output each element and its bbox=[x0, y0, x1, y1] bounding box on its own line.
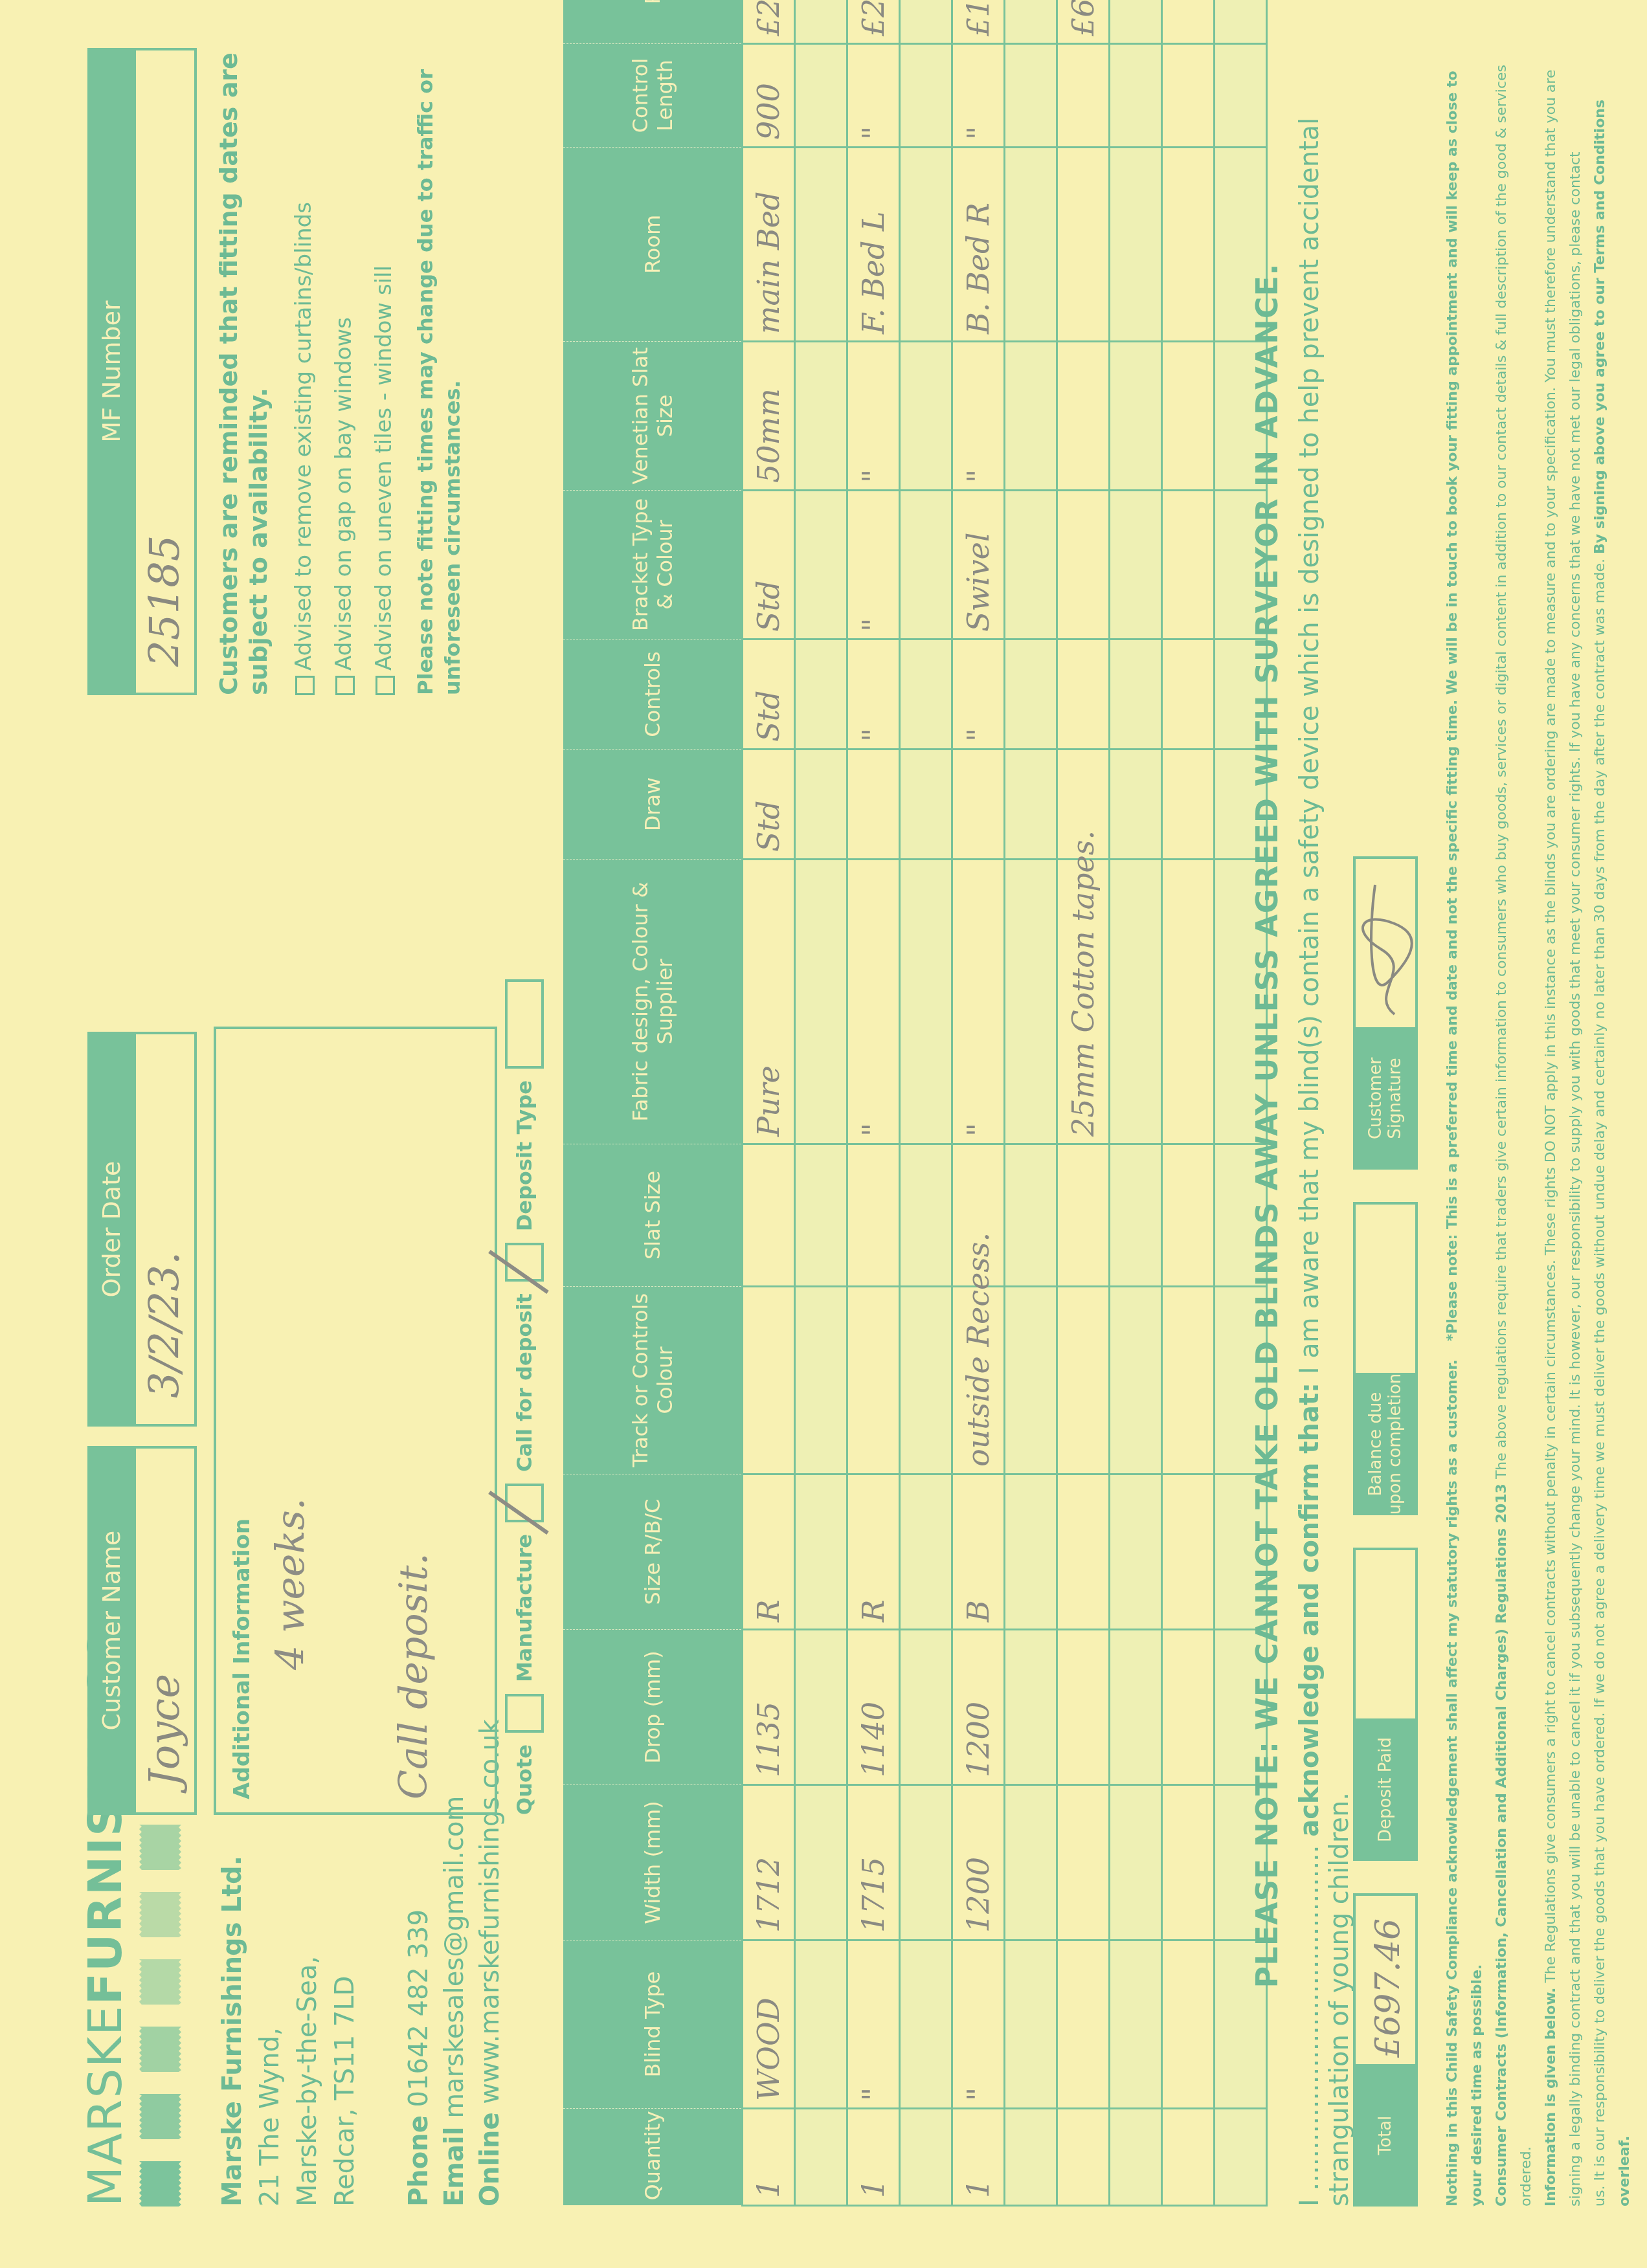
additional-note: Call deposit. bbox=[391, 1553, 436, 1799]
advisory-label: Advised to remove existing curtains/blin… bbox=[291, 202, 317, 671]
table-cell[interactable] bbox=[1162, 1144, 1215, 1287]
table-cell[interactable] bbox=[1005, 491, 1057, 639]
phone-value: 01642 482 339 bbox=[404, 1909, 434, 2107]
balance-field: Balance due upon completion bbox=[1353, 1202, 1418, 1515]
table-cell[interactable] bbox=[900, 342, 952, 491]
customer-name-field: Customer Name Joyce bbox=[87, 1446, 201, 1815]
order-form-sheet: MARSKEFURNISHINGS Marske Furnishings Ltd… bbox=[0, 0, 1647, 2268]
table-cell[interactable] bbox=[1110, 1630, 1162, 1785]
table-cell[interactable]: £174.42 bbox=[952, 0, 1005, 44]
table-cell[interactable]: Pure bbox=[743, 860, 795, 1144]
total-value[interactable]: £697.46 bbox=[1353, 1893, 1418, 2064]
table-cell[interactable] bbox=[1110, 148, 1162, 342]
table-cell[interactable] bbox=[1162, 1630, 1215, 1785]
table-cell[interactable] bbox=[1162, 1940, 1215, 2109]
table-cell[interactable]: B. Bed R bbox=[952, 148, 1005, 342]
address-line: 21 The Wynd, bbox=[251, 1856, 289, 2207]
table-cell[interactable]: £261.51 bbox=[847, 0, 900, 44]
order-date-value[interactable]: 3/2/23. bbox=[136, 1032, 197, 1427]
mf-number-label: MF Number bbox=[87, 48, 136, 695]
balance-label: Balance due upon completion bbox=[1353, 1373, 1418, 1515]
email-value[interactable]: marskesales@gmail.com bbox=[440, 1796, 469, 2118]
fine-print-line: Nothing in this Child Safety Compliance … bbox=[1444, 1359, 1461, 2207]
table-cell[interactable]: " bbox=[847, 44, 900, 148]
fitting-reminder: Customers are reminded that fitting date… bbox=[214, 48, 273, 695]
table-cell[interactable] bbox=[847, 1287, 900, 1474]
table-cell[interactable] bbox=[1005, 0, 1057, 44]
table-cell[interactable] bbox=[1110, 0, 1162, 44]
table-cell[interactable] bbox=[795, 44, 847, 148]
deposit-paid-value[interactable] bbox=[1353, 1548, 1418, 1718]
column-header: Drop (mm) bbox=[563, 1630, 743, 1785]
table-cell[interactable]: Std bbox=[743, 750, 795, 860]
table-cell[interactable] bbox=[1005, 860, 1057, 1144]
table-cell[interactable] bbox=[1162, 639, 1215, 750]
table-cell[interactable] bbox=[900, 860, 952, 1144]
table-cell[interactable]: " bbox=[847, 342, 900, 491]
table-cell[interactable]: 25mm Cotton tapes. bbox=[1057, 860, 1110, 1144]
table-cell[interactable] bbox=[1162, 0, 1215, 44]
table-cell[interactable]: " bbox=[847, 639, 900, 750]
table-cell[interactable] bbox=[795, 860, 847, 1144]
table-cell[interactable] bbox=[795, 1474, 847, 1630]
table-cell[interactable] bbox=[795, 491, 847, 639]
deposit-paid-label: Deposit Paid bbox=[1353, 1718, 1418, 1861]
old-blinds-notice: PLEASE NOTE: WE CANNOT TAKE OLD BLINDS A… bbox=[1249, 45, 1284, 2207]
fitting-notes: Customers are reminded that fitting date… bbox=[214, 48, 466, 695]
table-row bbox=[795, 0, 847, 2206]
table-cell[interactable] bbox=[900, 0, 952, 44]
table-row: 1WOOD17121135RPureStdStdStd50mmmain Bed9… bbox=[743, 0, 795, 2206]
order-date-label: Order Date bbox=[87, 1032, 136, 1427]
table-cell[interactable]: " bbox=[952, 44, 1005, 148]
table-cell[interactable]: " bbox=[847, 491, 900, 639]
table-cell[interactable]: £261.51 bbox=[743, 0, 795, 44]
table-header-row: QuantityBlind TypeWidth (mm)Drop (mm)Siz… bbox=[563, 0, 743, 2206]
table-cell[interactable]: 1140 bbox=[847, 1630, 900, 1785]
total-field: Total £697.46 bbox=[1353, 1893, 1418, 2207]
table-cell[interactable]: Std bbox=[743, 639, 795, 750]
traffic-note: Please note fitting times may change due… bbox=[412, 48, 466, 695]
table-cell[interactable] bbox=[900, 1785, 952, 1940]
table-cell[interactable] bbox=[795, 148, 847, 342]
table-cell[interactable] bbox=[1057, 1630, 1110, 1785]
safety-acknowledgement: I ......................................… bbox=[1295, 0, 1354, 2207]
table-cell[interactable] bbox=[1110, 1785, 1162, 1940]
table-row bbox=[1110, 0, 1162, 2206]
table-cell[interactable] bbox=[795, 342, 847, 491]
table-cell[interactable] bbox=[795, 1940, 847, 2109]
table-cell[interactable] bbox=[1057, 44, 1110, 148]
column-header: Blind Type bbox=[563, 1940, 743, 2109]
table-cell[interactable]: F. Bed L bbox=[847, 148, 900, 342]
column-header: Bracket Type & Colour bbox=[563, 491, 743, 639]
table-cell[interactable] bbox=[1005, 1287, 1057, 1474]
checkbox-icon[interactable] bbox=[335, 676, 355, 695]
additional-information-box[interactable]: Additional Information 4 weeks. Call dep… bbox=[214, 1027, 497, 1815]
table-cell[interactable] bbox=[1110, 1940, 1162, 2109]
table-cell[interactable]: 900 bbox=[743, 44, 795, 148]
logo-text-light: MARSKE bbox=[78, 2005, 132, 2207]
column-header: Fabric design, Colour & Supplier bbox=[563, 860, 743, 1144]
balance-value[interactable] bbox=[1353, 1202, 1418, 1373]
column-header: Track or Controls Colour bbox=[563, 1287, 743, 1474]
table-row bbox=[900, 0, 952, 2206]
table-cell[interactable] bbox=[1162, 1287, 1215, 1474]
table-cell[interactable] bbox=[795, 0, 847, 44]
table-cell[interactable]: 1712 bbox=[743, 1785, 795, 1940]
table-cell[interactable] bbox=[1162, 491, 1215, 639]
fabric-swatches-icon bbox=[139, 1757, 181, 2207]
table-cell[interactable]: 1 bbox=[743, 2109, 795, 2206]
table-cell[interactable] bbox=[1057, 639, 1110, 750]
table-cell[interactable] bbox=[1162, 860, 1215, 1144]
table-cell[interactable] bbox=[1057, 148, 1110, 342]
column-header: Price bbox=[563, 0, 743, 44]
column-header: Size R/B/C bbox=[563, 1474, 743, 1630]
table-cell[interactable] bbox=[795, 639, 847, 750]
table-cell[interactable] bbox=[1110, 750, 1162, 860]
quote-checkbox[interactable] bbox=[505, 1694, 544, 1733]
table-cell[interactable]: Std bbox=[743, 491, 795, 639]
order-status-checkboxes: Quote Manufacture Call for deposit Depos… bbox=[505, 979, 544, 1815]
email-label: Email bbox=[440, 2127, 469, 2207]
table-cell[interactable] bbox=[1057, 491, 1110, 639]
totals-row: Total £697.46 Deposit Paid Balance due u… bbox=[1353, 856, 1418, 2207]
phone-label: Phone bbox=[404, 2115, 434, 2207]
column-header: Room bbox=[563, 148, 743, 342]
table-row: 25mm Cotton tapes.£697.46 bbox=[1057, 0, 1110, 2206]
table-cell[interactable] bbox=[1162, 1785, 1215, 1940]
table-cell[interactable] bbox=[900, 1474, 952, 1630]
checkbox-icon[interactable] bbox=[375, 676, 395, 695]
additional-note: 4 weeks. bbox=[268, 1498, 313, 1670]
customer-signature-field: Customer Signature bbox=[1353, 856, 1418, 1170]
fine-print-line: us. It is our responsibility to deliver … bbox=[1592, 559, 1608, 2207]
table-cell[interactable] bbox=[900, 1144, 952, 1287]
total-label: Total bbox=[1353, 2064, 1418, 2207]
signature-box[interactable] bbox=[1353, 856, 1418, 1027]
table-cell[interactable] bbox=[900, 2109, 952, 2206]
table-cell[interactable] bbox=[1162, 750, 1215, 860]
column-header: Quantity bbox=[563, 2109, 743, 2206]
table-row: 1"17151140R""""F. Bed L"£261.51 bbox=[847, 0, 900, 2206]
table-cell[interactable] bbox=[743, 1144, 795, 1287]
table-cell[interactable]: 1200 bbox=[952, 1630, 1005, 1785]
table-cell[interactable] bbox=[795, 1785, 847, 1940]
column-header: Venetian Slat Size bbox=[563, 342, 743, 491]
table-cell[interactable] bbox=[795, 2109, 847, 2206]
acknowledgement-name-blank[interactable]: I ......................................… bbox=[1295, 1845, 1325, 2207]
checkbox-icon[interactable] bbox=[295, 676, 315, 695]
table-cell[interactable]: 1200 bbox=[952, 1785, 1005, 1940]
table-cell[interactable]: R bbox=[743, 1474, 795, 1630]
table-cell[interactable] bbox=[1057, 342, 1110, 491]
table-cell[interactable] bbox=[1005, 342, 1057, 491]
deposit-type-label: Deposit Type bbox=[512, 1080, 537, 1231]
table-cell[interactable] bbox=[1110, 1144, 1162, 1287]
table-cell[interactable] bbox=[1005, 1474, 1057, 1630]
signature-label: Customer Signature bbox=[1353, 1027, 1418, 1170]
table-cell[interactable] bbox=[900, 148, 952, 342]
additional-information-label: Additional Information bbox=[229, 1518, 255, 1799]
table-cell[interactable]: 50mm bbox=[743, 342, 795, 491]
table-cell[interactable]: 1135 bbox=[743, 1630, 795, 1785]
table-row bbox=[1162, 0, 1215, 2206]
table-cell[interactable]: 1 bbox=[847, 2109, 900, 2206]
table-cell[interactable]: 1 bbox=[952, 2109, 1005, 2206]
table-cell[interactable] bbox=[1110, 1287, 1162, 1474]
fine-print-heading: Consumer Contracts (Information, Cancell… bbox=[1494, 1484, 1510, 2207]
table-cell[interactable]: " bbox=[952, 342, 1005, 491]
address-line: Redcar, TS11 7LD bbox=[326, 1856, 364, 2207]
table-cell[interactable] bbox=[1162, 148, 1215, 342]
table-cell[interactable] bbox=[900, 491, 952, 639]
table-cell[interactable] bbox=[847, 750, 900, 860]
table-cell[interactable] bbox=[952, 750, 1005, 860]
table-cell[interactable] bbox=[1057, 1474, 1110, 1630]
table-cell[interactable] bbox=[900, 1287, 952, 1474]
column-header: Draw bbox=[563, 750, 743, 860]
table-cell[interactable] bbox=[1162, 1474, 1215, 1630]
table-cell[interactable] bbox=[847, 1144, 900, 1287]
table-cell[interactable] bbox=[1005, 639, 1057, 750]
table-cell[interactable] bbox=[1005, 1630, 1057, 1785]
table-cell[interactable] bbox=[795, 750, 847, 860]
table-cell[interactable] bbox=[1110, 639, 1162, 750]
table-cell[interactable]: " bbox=[847, 1940, 900, 2109]
table-cell[interactable] bbox=[900, 750, 952, 860]
table-cell[interactable] bbox=[795, 1630, 847, 1785]
table-cell[interactable] bbox=[1005, 1940, 1057, 2109]
acknowledgement-heading: acknowledge and confirm that: bbox=[1295, 1383, 1325, 1837]
customer-name-label: Customer Name bbox=[87, 1446, 136, 1815]
table-cell[interactable] bbox=[1005, 148, 1057, 342]
fine-print-line: The Regulations give consumers a right t… bbox=[1543, 70, 1559, 1983]
deposit-paid-field: Deposit Paid bbox=[1353, 1548, 1418, 1861]
table-cell[interactable]: Swivel bbox=[952, 491, 1005, 639]
order-date-field: Order Date 3/2/23. bbox=[87, 1032, 201, 1427]
manufacture-checkbox[interactable] bbox=[505, 1484, 544, 1522]
column-header: Control Length bbox=[563, 44, 743, 148]
call-for-deposit-label: Call for deposit bbox=[512, 1293, 537, 1472]
signature-scribble-icon bbox=[1356, 878, 1414, 1021]
table-cell[interactable] bbox=[743, 1287, 795, 1474]
table-cell[interactable] bbox=[1005, 2109, 1057, 2206]
website-label: Online bbox=[475, 2112, 505, 2207]
advisory-item[interactable]: Advised to remove existing curtains/blin… bbox=[284, 48, 324, 695]
customer-name-value[interactable]: Joyce bbox=[136, 1446, 197, 1815]
column-header: Slat Size bbox=[563, 1144, 743, 1287]
table-cell[interactable] bbox=[1110, 2109, 1162, 2206]
table-cell[interactable] bbox=[795, 1144, 847, 1287]
mf-number-value[interactable]: 25185 bbox=[136, 48, 197, 695]
table-cell[interactable] bbox=[1057, 2109, 1110, 2206]
table-cell[interactable]: £697.46 bbox=[1057, 0, 1110, 44]
table-cell[interactable] bbox=[1110, 1474, 1162, 1630]
table-row bbox=[1005, 0, 1057, 2206]
table-cell[interactable] bbox=[900, 44, 952, 148]
advisory-label: Advised on gap on bay windows bbox=[331, 317, 357, 671]
table-cell[interactable]: WOOD bbox=[743, 1940, 795, 2109]
table-cell[interactable] bbox=[1005, 750, 1057, 860]
table-cell[interactable]: " bbox=[952, 1940, 1005, 2109]
table-cell[interactable] bbox=[1005, 44, 1057, 148]
table-cell[interactable] bbox=[1005, 1785, 1057, 1940]
advisory-item[interactable]: Advised on gap on bay windows bbox=[324, 48, 364, 695]
manufacture-label: Manufacture bbox=[512, 1534, 537, 1682]
table-cell[interactable]: " bbox=[847, 860, 900, 1144]
table-cell[interactable] bbox=[1057, 1287, 1110, 1474]
table-cell[interactable] bbox=[1162, 2109, 1215, 2206]
table-cell[interactable]: outside Recess. bbox=[952, 1287, 1005, 1474]
company-name: Marske Furnishings Ltd. bbox=[214, 1856, 251, 2207]
column-header: Controls bbox=[563, 639, 743, 750]
table-cell[interactable]: " bbox=[952, 860, 1005, 1144]
terms-fine-print: Nothing in this Child Safety Compliance … bbox=[1440, 45, 1637, 2207]
call-for-deposit-checkbox[interactable] bbox=[505, 1243, 544, 1282]
table-cell[interactable] bbox=[1162, 342, 1215, 491]
table-cell[interactable] bbox=[1110, 342, 1162, 491]
mf-number-field: MF Number 25185 bbox=[87, 48, 201, 695]
advisory-label: Advised on uneven tiles - window sill bbox=[371, 265, 397, 671]
order-items-table: QuantityBlind TypeWidth (mm)Drop (mm)Siz… bbox=[563, 0, 1268, 2207]
table-cell[interactable]: " bbox=[952, 639, 1005, 750]
table-cell[interactable] bbox=[1110, 44, 1162, 148]
table-cell[interactable] bbox=[1057, 1940, 1110, 2109]
table-cell[interactable] bbox=[900, 1630, 952, 1785]
table-cell[interactable] bbox=[1057, 1785, 1110, 1940]
table-cell[interactable]: 1715 bbox=[847, 1785, 900, 1940]
table-cell[interactable]: R bbox=[847, 1474, 900, 1630]
table-cell[interactable]: main Bed bbox=[743, 148, 795, 342]
table-cell[interactable] bbox=[1162, 44, 1215, 148]
advisory-item[interactable]: Advised on uneven tiles - window sill bbox=[364, 48, 404, 695]
table-cell[interactable] bbox=[1005, 1144, 1057, 1287]
column-header: Width (mm) bbox=[563, 1785, 743, 1940]
quote-label: Quote bbox=[512, 1744, 537, 1815]
company-address: Marske Furnishings Ltd. 21 The Wynd, Mar… bbox=[214, 1856, 364, 2207]
deposit-type-field[interactable] bbox=[505, 979, 544, 1069]
table-cell[interactable] bbox=[1057, 1144, 1110, 1287]
table-row: 1"12001200Boutside Recess.""Swivel"B. Be… bbox=[952, 0, 1005, 2206]
table-cell[interactable] bbox=[900, 1940, 952, 2109]
table-cell[interactable] bbox=[1110, 860, 1162, 1144]
fine-print-line: signing a legally binding contract and t… bbox=[1563, 45, 1588, 2207]
address-line: Marske-by-the-Sea, bbox=[289, 1856, 326, 2207]
table-cell[interactable] bbox=[900, 639, 952, 750]
fine-print-heading: Information is given below. bbox=[1543, 1988, 1559, 2207]
table-cell[interactable] bbox=[795, 1287, 847, 1474]
table-cell[interactable] bbox=[1215, 0, 1267, 44]
table-cell[interactable] bbox=[1110, 491, 1162, 639]
table-cell[interactable]: B bbox=[952, 1474, 1005, 1630]
